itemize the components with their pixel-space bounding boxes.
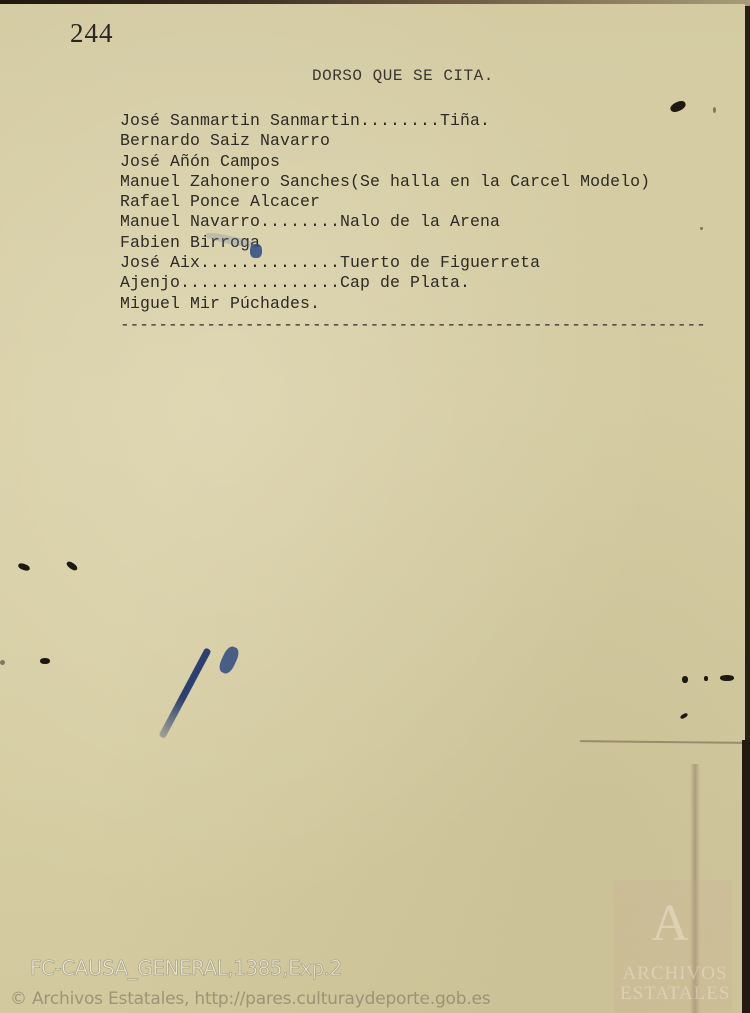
- archive-logo-line2: ESTATALES: [620, 984, 730, 1004]
- list-item: Manuel Zahonero Sanches(Se halla en la C…: [120, 172, 650, 192]
- list-item: José Añón Campos: [120, 152, 650, 172]
- scan-right-edge: [742, 740, 750, 1013]
- ink-smudge: [217, 644, 242, 675]
- paper-speck: [0, 660, 5, 665]
- punch-hole: [40, 658, 50, 664]
- list-item: Bernardo Saiz Navarro: [120, 131, 650, 151]
- ink-stroke: [158, 647, 211, 739]
- copyright-watermark: © Archivos Estatales, http://pares.cultu…: [10, 989, 490, 1009]
- punch-hole: [682, 676, 688, 683]
- document-page: 244 DORSO QUE SE CITA. José Sanmartin Sa…: [0, 4, 745, 1013]
- paper-fold: [580, 740, 745, 744]
- paper-speck: [713, 107, 716, 113]
- folio-number: 244: [70, 18, 114, 49]
- list-item: Rafael Ponce Alcacer: [120, 192, 650, 212]
- punch-hole: [65, 560, 78, 572]
- names-list: José Sanmartin Sanmartin........Tiña. Be…: [120, 111, 650, 314]
- list-item: José Aix..............Tuerto de Figuerre…: [120, 253, 650, 273]
- document-heading: DORSO QUE SE CITA.: [312, 67, 494, 85]
- punch-hole: [704, 676, 708, 681]
- list-item: Miguel Mir Púchades.: [120, 294, 650, 314]
- archive-logo-text: ARCHIVOS ESTATALES: [620, 964, 730, 1004]
- punch-hole: [17, 562, 30, 572]
- punch-hole: [680, 712, 689, 719]
- document-reference-watermark: FC-CAUSA_GENERAL,1385,Exp.2: [30, 956, 342, 980]
- list-item: Fabien Birroga: [120, 233, 650, 253]
- separator-line: ----------------------------------------…: [120, 316, 706, 334]
- punch-hole: [720, 675, 734, 681]
- list-item: Manuel Navarro........Nalo de la Arena: [120, 212, 650, 232]
- list-item: José Sanmartin Sanmartin........Tiña.: [120, 111, 650, 131]
- punch-hole: [669, 99, 687, 114]
- list-item: Ajenjo................Cap de Plata.: [120, 273, 650, 293]
- paper-speck: [700, 227, 703, 230]
- archive-logo-line1: ARCHIVOS: [620, 964, 730, 984]
- archive-logo-letter: A: [640, 899, 700, 949]
